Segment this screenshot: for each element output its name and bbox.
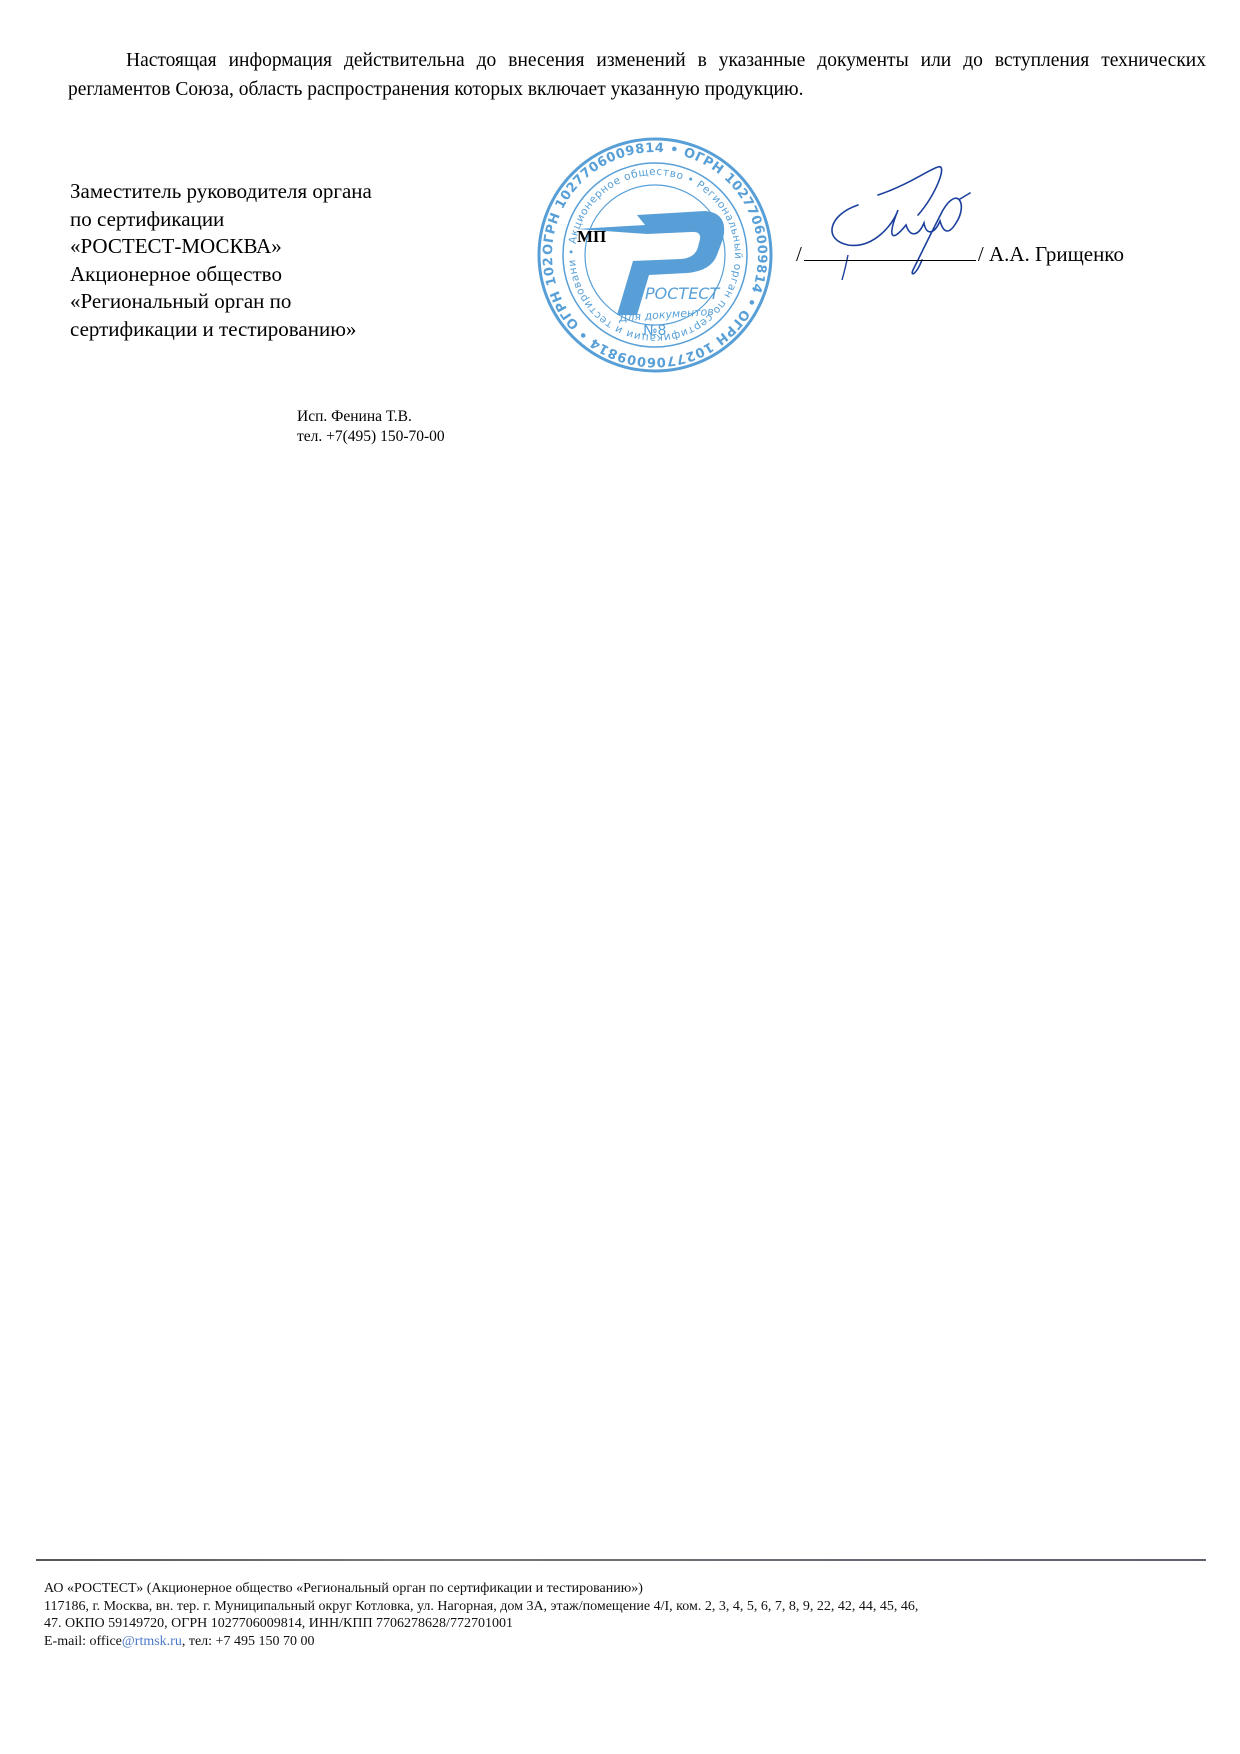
signature-blank <box>804 240 976 261</box>
footer-phone: тел: +7 495 150 70 00 <box>189 1634 315 1649</box>
footer-registration-line: 47. ОКПО 59149720, ОГРН 1027706009814, И… <box>44 1615 918 1633</box>
company-seal-stamp: ОГРН 1027706009814 • ОГРН 1027706009814 … <box>537 137 773 373</box>
signature-line: // А.А. Грищенко <box>796 240 1124 267</box>
signer-name: А.А. Грищенко <box>989 242 1124 266</box>
signer-title-line: Заместитель руководителя органа <box>70 178 372 206</box>
slash-right: / <box>978 242 984 266</box>
email-user: office <box>90 1634 122 1649</box>
slash-left: / <box>796 242 802 266</box>
signer-title-line: «РОСТЕСТ-МОСКВА» <box>70 233 372 261</box>
executor-name: Исп. Фенина Т.В. <box>297 407 445 427</box>
stamp-brand: РОСТЕСТ <box>645 284 720 303</box>
footer-divider <box>36 1559 1206 1561</box>
signer-title-line: «Региональный орган по <box>70 288 372 316</box>
signer-title-line: по сертификации <box>70 206 372 234</box>
signer-title-block: Заместитель руководителя органа по серти… <box>70 178 372 343</box>
validity-notice: Настоящая информация действительна до вн… <box>68 46 1206 104</box>
executor-block: Исп. Фенина Т.В. тел. +7(495) 150-70-00 <box>297 407 445 447</box>
footer-contact-line: E-mail: office@rtmsk.ru, тел: +7 495 150… <box>44 1633 918 1651</box>
seal-place-label: МП <box>577 227 606 247</box>
email-separator: , <box>182 1634 189 1649</box>
footer-company-line: АО «РОСТЕСТ» (Акционерное общество «Реги… <box>44 1580 918 1598</box>
letterhead-footer: АО «РОСТЕСТ» (Акционерное общество «Реги… <box>44 1580 918 1650</box>
email-label: E-mail: <box>44 1634 90 1649</box>
footer-address-line: 117186, г. Москва, вн. тер. г. Муниципал… <box>44 1598 918 1616</box>
signer-title-line: Акционерное общество <box>70 261 372 289</box>
stamp-number: №8 <box>643 323 666 339</box>
email-domain-link[interactable]: @rtmsk.ru <box>122 1634 182 1649</box>
signer-title-line: сертификации и тестированию» <box>70 316 372 344</box>
validity-notice-text: Настоящая информация действительна до вн… <box>68 50 1206 100</box>
executor-phone: тел. +7(495) 150-70-00 <box>297 427 445 447</box>
